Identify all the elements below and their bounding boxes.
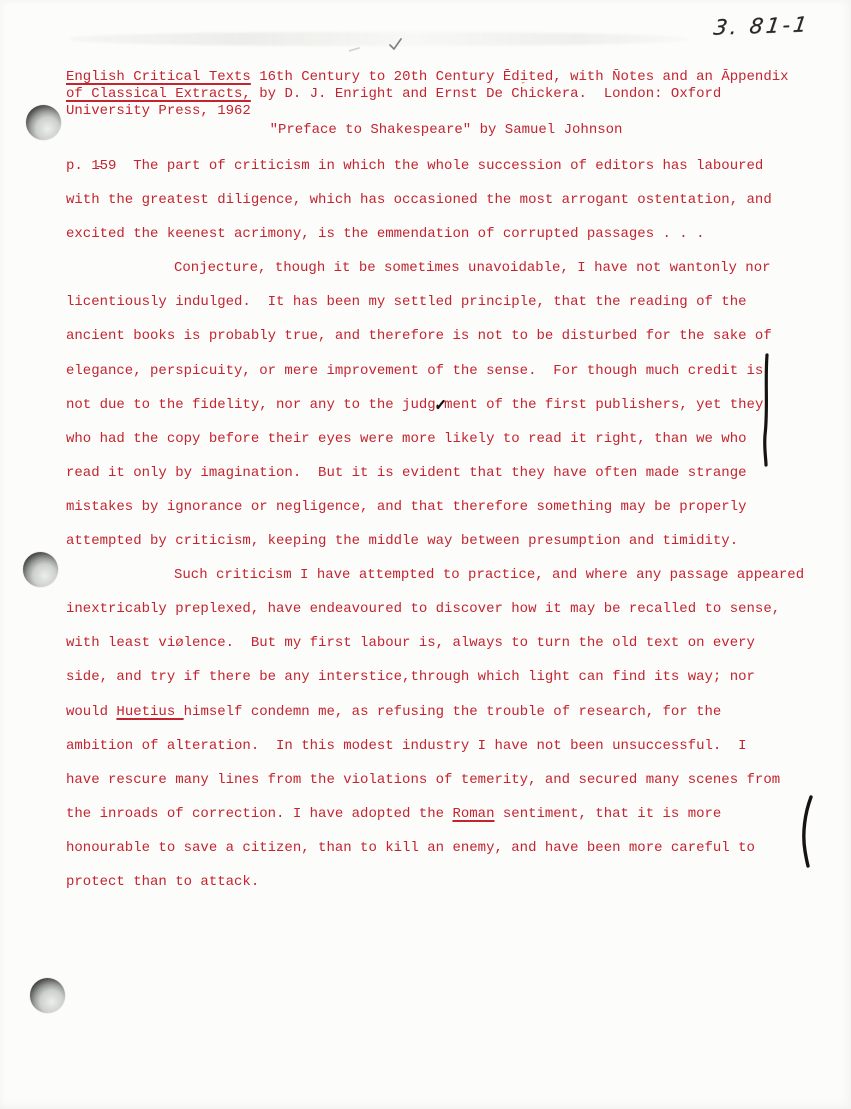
typed-line: licentiously indulged. It has been my se… [66,285,828,319]
typed-line: Such criticism I have attempted to pract… [66,558,828,592]
bibliographic-header: English Critical Texts 16th Century to 2… [66,69,826,121]
typed-line: ancient books is probably true, and ther… [66,319,828,353]
typed-line: p. 1̵59 The part of criticism in which t… [66,149,828,183]
text-segment: honourable to save a citizen, than to ki… [66,840,755,856]
margin-pen-stroke [761,353,773,472]
text-segment: excited the keenest acrimony, is the emm… [66,226,705,242]
text-segment: mistakes by ignorance or negligence, and… [66,499,747,515]
text-segment: elegance, perspicuity, or mere improveme… [66,363,763,379]
text-segment: Such criticism I have attempted to pract… [174,567,804,583]
typed-line: excited the keenest acrimony, is the emm… [66,217,828,251]
pencil-dash-mark [349,40,361,58]
typed-line: with the greatest diligence, which has o… [66,183,828,217]
scan-smudge [70,32,690,46]
text-segment: who had the copy before their eyes were … [66,431,747,447]
text-segment: himself condemn me, as refusing the trou… [184,704,722,720]
typed-line: with least viølence. But my first labour… [66,626,828,660]
text-segment: attempted by criticism, keeping the midd… [66,533,738,549]
scanned-typescript-page: 3. 81-1 English Critical Texts 16th Cent… [0,0,851,1109]
punched-hole [23,552,58,587]
typed-line: read it only by imagination. But it is e… [66,456,828,490]
text-segment: ment of the first publishers, yet they [444,397,763,413]
typed-line: Conjecture, though it be sometimes unavo… [66,251,828,285]
text-segment: not due to the fidelity, nor any to the … [66,397,436,413]
text-segment: protect than to attack. [66,874,259,890]
typed-line: who had the copy before their eyes were … [66,422,828,456]
text-segment: would [66,704,116,720]
margin-pen-stroke [796,795,816,874]
typed-line: inextricably preplexed, have endeavoured… [66,592,828,626]
text-segment: read it only by imagination. But it is e… [66,465,747,481]
typed-line: ambition of alteration. In this modest i… [66,729,828,763]
text-segment: by D. J. Enright and Ernst De Chickera. … [251,86,721,102]
text-segment: inextricably preplexed, have endeavoured… [66,601,780,617]
underlined-text: Roman [452,806,494,822]
text-segment: with the greatest diligence, which has o… [66,192,772,208]
typed-line: University Press, 1962 [66,103,826,120]
document-title: "Preface to Shakespeare" by Samuel Johns… [66,122,826,138]
typed-line: mistakes by ignorance or negligence, and… [66,490,828,524]
typed-line: honourable to save a citizen, than to ki… [66,831,828,865]
text-segment: p. 1̵59 The part of criticism in which t… [66,158,763,174]
text-segment: with least viølence. But my first labour… [66,635,755,651]
text-segment: University Press, 1962 [66,103,251,119]
text-segment: ambition of alteration. In this modest i… [66,738,747,754]
punched-hole [30,978,65,1013]
underlined-text: of Classical Extracts, [66,86,251,102]
typed-line: of Classical Extracts, by D. J. Enright … [66,86,826,103]
typed-body-text: p. 1̵59 The part of criticism in which t… [66,149,828,899]
typed-line: not due to the fidelity, nor any to the … [66,388,828,422]
text-segment: side, and try if there be any interstice… [66,669,755,685]
typed-line: have rescure many lines from the violati… [66,763,828,797]
text-segment: have rescure many lines from the violati… [66,772,780,788]
typed-line: attempted by criticism, keeping the midd… [66,524,828,558]
text-segment: licentiously indulged. It has been my se… [66,294,747,310]
typed-line: protect than to attack. [66,865,828,899]
text-segment: Conjecture, though it be sometimes unavo… [174,260,771,276]
punched-hole [26,105,61,140]
underlined-text: Huetius [116,704,183,720]
typed-line: would Huetius himself condemn me, as ref… [66,695,828,729]
underlined-text: English Critical Texts [66,69,251,85]
typed-line: the inroads of correction. I have adopte… [66,797,828,831]
text-segment: ancient books is probably true, and ther… [66,328,772,344]
typed-line: side, and try if there be any interstice… [66,660,828,694]
text-segment: sentiment, that it is more [494,806,721,822]
typed-line: English Critical Texts 16th Century to 2… [66,69,826,86]
pencil-checkmark-icon [388,37,404,57]
text-segment: the inroads of correction. I have adopte… [66,806,452,822]
handwritten-catalogue-number: 3. 81-1 [712,12,811,39]
